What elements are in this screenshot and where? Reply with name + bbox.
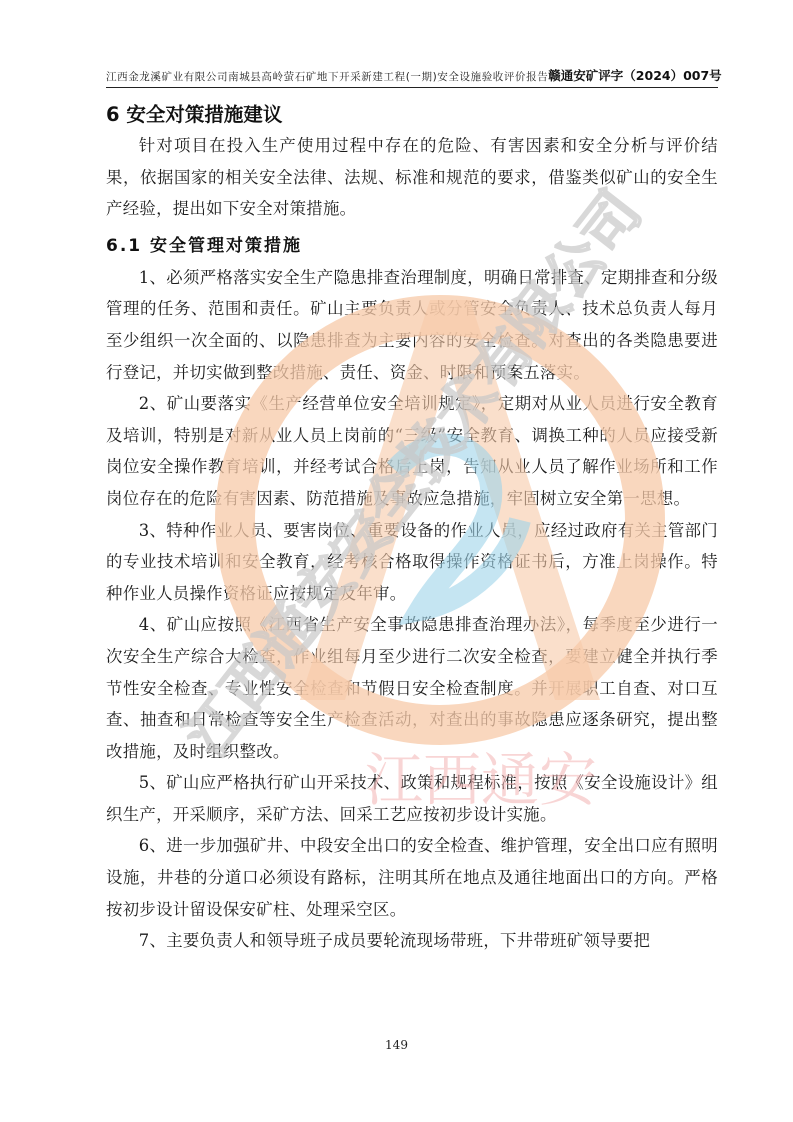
list-item: 7、主要负责人和领导班子成员要轮流现场带班，下井带班矿领导要把 [106, 925, 718, 957]
subsection-title: 6.1 安全管理对策措施 [106, 231, 718, 262]
page-content: 6 安全对策措施建议 针对项目在投入生产使用过程中存在的危险、有害因素和安全分析… [106, 99, 718, 957]
page-header: 江西金龙溪矿业有限公司南城县高岭萤石矿地下开采新建工程(一期)安全设施验收评价报… [106, 66, 718, 88]
list-item: 5、矿山应严格执行矿山开采技术、政策和规程标准，按照《安全设施设计》组织生产，开… [106, 767, 718, 830]
page-number: 149 [0, 1038, 793, 1052]
section-intro: 针对项目在投入生产使用过程中存在的危险、有害因素和安全分析与评价结果，依据国家的… [106, 130, 718, 225]
section-title: 6 安全对策措施建议 [106, 99, 718, 130]
list-item: 1、必须严格落实安全生产隐患排查治理制度，明确日常排查、定期排查和分级管理的任务… [106, 262, 718, 388]
report-title: 江西金龙溪矿业有限公司南城县高岭萤石矿地下开采新建工程(一期)安全设施验收评价报… [106, 69, 548, 84]
report-number: 赣通安矿评字（2024）007号 [548, 66, 721, 84]
list-item: 3、特种作业人员、要害岗位、重要设备的作业人员，应经过政府有关主管部门的专业技术… [106, 515, 718, 610]
document-page: 江西金龙溪矿业有限公司南城县高岭萤石矿地下开采新建工程(一期)安全设施验收评价报… [0, 0, 793, 1122]
list-item: 4、矿山应按照《江西省生产安全事故隐患排查治理办法》，每季度至少进行一次安全生产… [106, 609, 718, 767]
list-item: 6、进一步加强矿井、中段安全出口的安全检查、维护管理，安全出口应有照明设施，井巷… [106, 830, 718, 925]
list-item: 2、矿山要落实《生产经营单位安全培训规定》，定期对从业人员进行安全教育及培训，特… [106, 388, 718, 514]
